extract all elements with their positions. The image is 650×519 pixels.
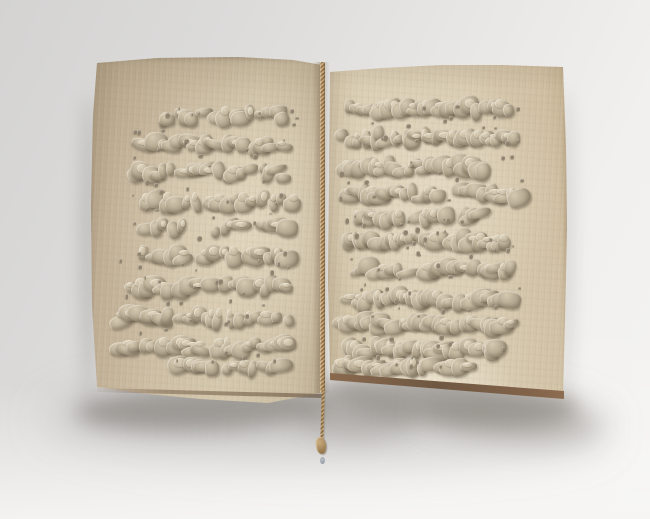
relief-speckle	[155, 209, 158, 212]
relief-speckle	[447, 199, 450, 201]
relief-speckle	[181, 263, 183, 265]
relief-speckle	[489, 238, 492, 241]
relief-speckle	[345, 218, 350, 224]
relief-speckle	[258, 112, 261, 115]
relief-speckle	[273, 359, 277, 362]
relief-speckle	[179, 301, 183, 305]
relief-speckle	[362, 223, 367, 229]
relief-speckle	[364, 283, 367, 286]
relief-blob	[275, 172, 292, 184]
relief-blob-highlight	[278, 141, 286, 145]
left-page	[88, 55, 328, 407]
relief-blob	[437, 205, 457, 226]
relief-speckle	[269, 213, 271, 215]
relief-speckle	[258, 259, 260, 261]
relief-speckle	[350, 258, 353, 260]
relief-speckle	[494, 127, 496, 130]
relief-speckle	[164, 328, 168, 331]
relief-speckle	[360, 288, 363, 291]
relief-blob-highlight	[284, 339, 292, 346]
relief-speckle	[460, 220, 464, 223]
relief-blob-highlight	[221, 106, 229, 115]
relief-blob	[242, 163, 258, 175]
relief-speckle	[279, 193, 283, 197]
relief-speckle	[493, 115, 496, 119]
relief-speckle	[139, 331, 143, 335]
relief-speckle	[395, 363, 398, 366]
binding-cord	[320, 62, 325, 393]
relief-speckle	[224, 351, 228, 354]
relief-speckle	[133, 156, 136, 159]
relief-speckle	[253, 221, 256, 225]
relief-speckle	[132, 194, 135, 196]
relief-speckle	[354, 233, 359, 239]
relief-speckle	[518, 287, 520, 289]
relief-blob	[275, 218, 299, 238]
sculpted-open-book	[0, 0, 650, 519]
relief-speckle	[283, 139, 285, 141]
relief-speckle	[439, 335, 444, 340]
relief-speckle	[292, 123, 296, 126]
relief-speckle	[394, 299, 398, 304]
relief-blob-highlight	[209, 247, 218, 255]
relief-speckle	[339, 171, 344, 177]
relief-speckle	[516, 107, 520, 110]
relief-blob-highlight	[500, 234, 507, 241]
relief-speckle	[506, 248, 511, 253]
relief-speckle	[253, 154, 258, 159]
relief-speckle	[415, 139, 419, 142]
relief-speckle	[229, 299, 232, 303]
relief-blob	[282, 314, 296, 329]
relief-blob	[495, 288, 522, 310]
relief-speckle	[256, 353, 260, 357]
cord-knot	[315, 436, 327, 454]
relief-speckle	[448, 275, 453, 279]
relief-speckle	[161, 129, 164, 132]
relief-speckle	[287, 266, 290, 268]
relief-blob	[210, 226, 220, 238]
relief-speckle	[227, 320, 230, 323]
left-page-relief-text	[88, 55, 328, 407]
relief-blob-highlight	[395, 209, 402, 217]
relief-speckle	[159, 190, 163, 195]
relief-blob-highlight	[248, 107, 253, 115]
right-page	[322, 58, 568, 404]
relief-speckle	[398, 277, 401, 280]
relief-speckle	[347, 181, 350, 184]
relief-speckle	[517, 139, 520, 142]
relief-blob-highlight	[289, 194, 298, 201]
relief-speckle	[438, 171, 442, 174]
relief-speckle	[417, 315, 420, 317]
relief-speckle	[408, 291, 411, 295]
relief-speckle	[441, 309, 445, 314]
relief-speckle	[512, 245, 514, 247]
relief-blob-highlight	[249, 196, 256, 201]
relief-speckle	[212, 216, 215, 219]
relief-speckle	[197, 236, 202, 241]
relief-speckle	[398, 307, 400, 310]
relief-speckle	[406, 124, 411, 128]
relief-blob-highlight	[216, 308, 221, 317]
relief-speckle	[133, 130, 137, 134]
relief-speckle	[198, 154, 203, 158]
relief-speckle	[364, 180, 369, 184]
relief-speckle	[178, 107, 180, 110]
relief-speckle	[242, 356, 246, 360]
relief-speckle	[145, 180, 149, 185]
relief-blob-highlight	[179, 250, 190, 255]
relief-blob	[474, 161, 490, 181]
relief-speckle	[449, 116, 454, 120]
relief-speckle	[144, 276, 146, 279]
relief-speckle	[125, 294, 129, 298]
cord-tip	[320, 457, 325, 464]
relief-speckle	[119, 259, 123, 263]
relief-blob-highlight	[463, 363, 471, 367]
relief-blob	[484, 338, 508, 358]
relief-speckle	[193, 286, 195, 288]
relief-speckle	[277, 262, 281, 265]
relief-speckle	[467, 309, 470, 311]
relief-blob-highlight	[283, 283, 290, 287]
relief-speckle	[138, 265, 142, 269]
relief-speckle	[270, 270, 273, 274]
relief-speckle	[494, 248, 496, 251]
right-page-relief-text	[322, 58, 568, 404]
relief-speckle	[510, 155, 514, 159]
relief-speckle	[389, 337, 393, 341]
cord-tail	[320, 390, 324, 442]
relief-speckle	[494, 305, 499, 309]
relief-speckle	[412, 241, 416, 245]
relief-speckle	[133, 222, 136, 225]
relief-speckle	[501, 156, 505, 160]
relief-speckle	[371, 122, 375, 125]
relief-speckle	[262, 304, 265, 306]
relief-speckle	[295, 117, 298, 120]
relief-speckle	[157, 148, 160, 151]
relief-speckle	[165, 113, 170, 118]
relief-speckle	[505, 141, 510, 146]
relief-speckle	[371, 315, 374, 318]
relief-speckle	[482, 126, 485, 129]
relief-speckle	[415, 227, 420, 233]
relief-speckle	[283, 251, 287, 256]
relief-speckle	[502, 347, 505, 350]
relief-speckle	[137, 130, 142, 135]
relief-speckle	[184, 139, 188, 142]
relief-speckle	[520, 179, 525, 182]
relief-speckle	[186, 187, 189, 190]
relief-speckle	[443, 119, 446, 123]
relief-speckle	[376, 355, 380, 359]
relief-speckle	[362, 337, 367, 341]
relief-blob	[467, 204, 492, 220]
relief-speckle	[290, 109, 294, 113]
relief-speckle	[195, 269, 197, 271]
relief-blob-highlight	[227, 309, 232, 317]
studio-backdrop	[0, 0, 650, 519]
relief-speckle	[154, 183, 158, 187]
relief-speckle	[218, 279, 222, 284]
relief-speckle	[158, 280, 161, 282]
relief-speckle	[436, 263, 440, 268]
relief-blob	[429, 189, 447, 204]
relief-blob-highlight	[181, 220, 186, 227]
relief-speckle	[406, 246, 409, 249]
relief-speckle	[246, 148, 249, 150]
relief-blob-highlight	[195, 341, 205, 346]
relief-speckle	[137, 252, 140, 255]
relief-speckle	[411, 164, 415, 167]
relief-blob	[273, 110, 290, 126]
